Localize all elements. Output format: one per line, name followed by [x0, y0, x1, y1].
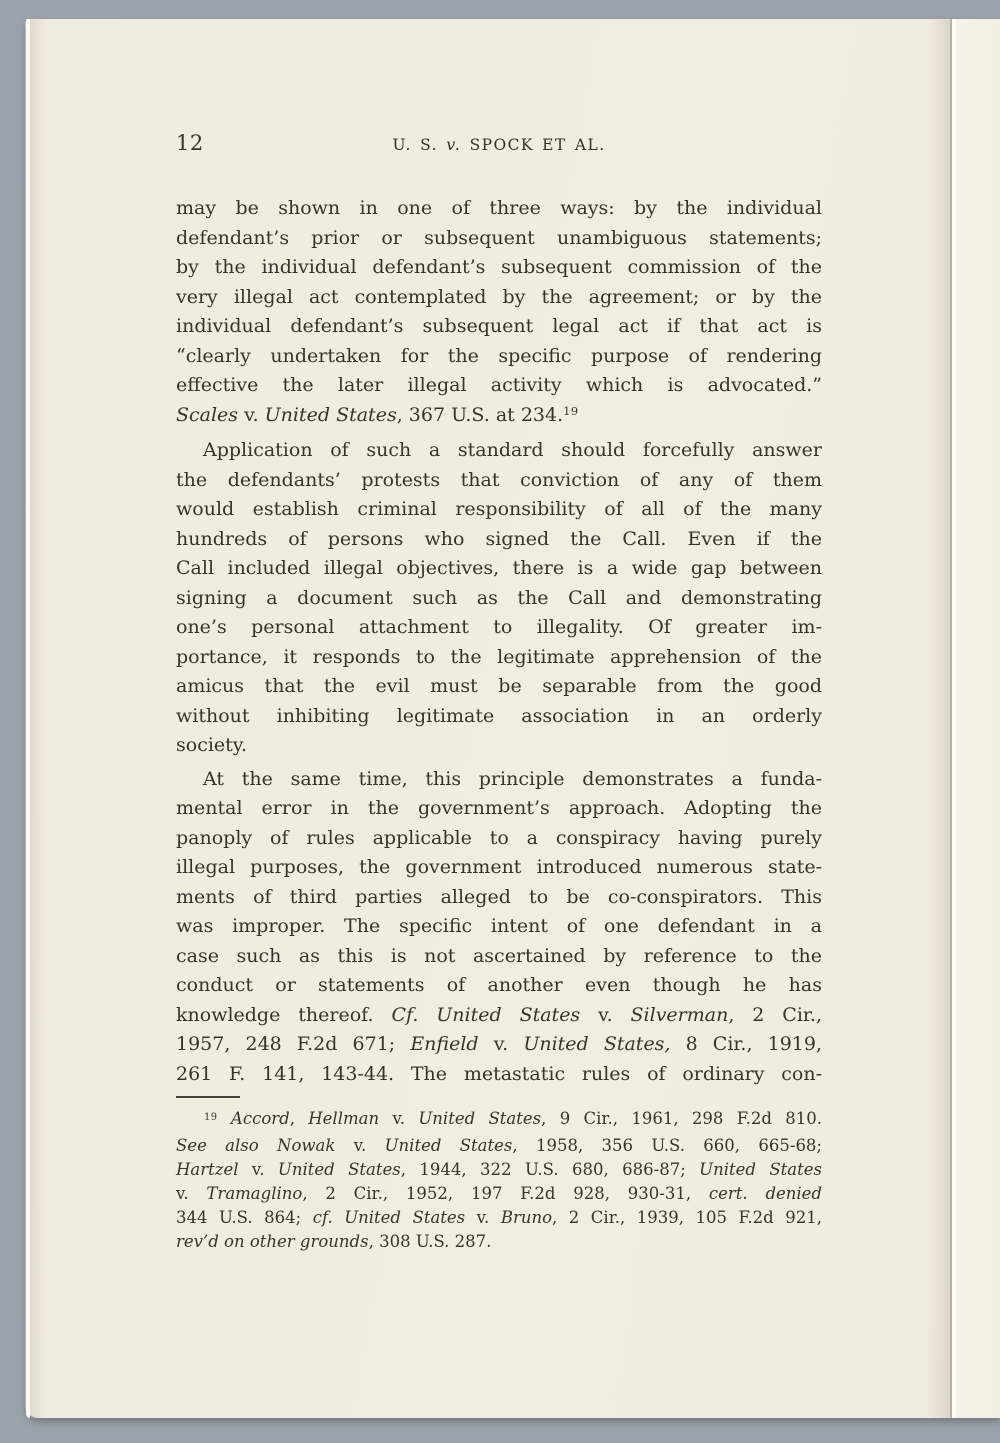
text-run: v. [335, 1136, 384, 1155]
text-run: may be shown in one of three ways: by th… [176, 197, 822, 219]
italic-text-run: Tramaglino [206, 1184, 302, 1203]
text-run: amicus that the evil must be separable f… [176, 675, 822, 697]
scan-background: { "page": { "number": "12", "header": { … [0, 0, 1000, 1443]
text-line: conduct or statements of another even th… [176, 971, 822, 1001]
italic-text-run: Hartzel [176, 1160, 238, 1179]
italic-text-run: Bruno [501, 1208, 552, 1227]
footnote-line: See also Nowak v. United States, 1958, 3… [176, 1134, 822, 1158]
italic-text-run: rev’d on other grounds [176, 1232, 369, 1251]
italic-text-run: Cf. United States [391, 1004, 580, 1026]
running-header-right: SPOCK ET AL. [470, 136, 606, 154]
text-run: individual defendant’s subsequent legal … [176, 315, 822, 337]
page-header-row: 12 U. S. v. SPOCK ET AL. [176, 131, 822, 161]
text-run: effective the later illegal activity whi… [176, 374, 822, 396]
paragraph: may be shown in one of three ways: by th… [176, 194, 822, 432]
text-run: 1957, 248 F.2d 671; [176, 1033, 410, 1055]
text-line: mental error in the government’s approac… [176, 794, 822, 824]
text-line: one’s personal attachment to illegality.… [176, 613, 822, 643]
italic-text-run: United States, [523, 1033, 670, 1055]
italic-text-run: See also Nowak [176, 1136, 335, 1155]
footnote-line: rev’d on other grounds, 308 U.S. 287. [176, 1230, 822, 1254]
italic-text-run: United States [385, 1136, 513, 1155]
italic-text-run: United States [699, 1160, 822, 1179]
italic-text-run: United States [265, 404, 397, 426]
text-line: was improper. The specific intent of one… [176, 912, 822, 942]
text-line: would establish criminal responsibility … [176, 495, 822, 525]
text-run: v. [379, 1109, 418, 1128]
text-run: 8 Cir., 1919, [670, 1033, 822, 1055]
text-run: conduct or statements of another even th… [176, 974, 822, 996]
body-text: may be shown in one of three ways: by th… [176, 194, 822, 1089]
text-run: , 9 Cir., 1961, 298 F.2d 810. [541, 1109, 822, 1128]
italic-text-run: Hellman [308, 1109, 379, 1128]
text-run: , 2 Cir., [728, 1004, 822, 1026]
text-line: illegal purposes, the government introdu… [176, 853, 822, 883]
text-line: very illegal act contemplated by the agr… [176, 283, 822, 313]
text-run: ments of third parties alleged to be co-… [176, 886, 822, 908]
text-run: , 1944, 322 U.S. 680, 686-87; [401, 1160, 699, 1179]
text-line: individual defendant’s subsequent legal … [176, 312, 822, 342]
text-line: portance, it responds to the legitimate … [176, 643, 822, 673]
text-line: Call included illegal objectives, there … [176, 554, 822, 584]
running-header-versus: v. [446, 135, 461, 154]
text-run: Call included illegal objectives, there … [176, 557, 822, 579]
text-run: mental error in the government’s approac… [176, 797, 822, 819]
italic-text-run: cf. United States [313, 1208, 465, 1227]
italic-text-run: Enfield [410, 1033, 478, 1055]
text-run: , 2 Cir., 1939, 105 F.2d 921, [552, 1208, 822, 1227]
document-page: 12 U. S. v. SPOCK ET AL. may be shown in… [26, 19, 1000, 1418]
text-run: v. [176, 1184, 206, 1203]
text-run: “clearly undertaken for the specific pur… [176, 345, 822, 367]
footnote: 19 Accord, Hellman v. United States, 9 C… [176, 1107, 822, 1254]
text-line: defendant’s prior or subsequent unambigu… [176, 224, 822, 254]
text-line: 1957, 248 F.2d 671; Enfield v. United St… [176, 1030, 822, 1060]
text-run: the defendants’ protests that conviction… [176, 469, 822, 491]
next-page-edge [956, 19, 1000, 1418]
text-run [218, 1109, 231, 1128]
text-run: At the same time, this principle demonst… [203, 768, 822, 790]
footnote-line: v. Tramaglino, 2 Cir., 1952, 197 F.2d 92… [176, 1182, 822, 1206]
text-run: v. [465, 1208, 501, 1227]
text-line: At the same time, this principle demonst… [176, 765, 822, 795]
text-run: , 1958, 356 U.S. 660, 665-68; [512, 1136, 822, 1155]
text-run: illegal purposes, the government introdu… [176, 856, 822, 878]
running-header-left: U. S. [392, 136, 438, 154]
italic-text-run: Scales [176, 404, 238, 426]
text-run: signing a document such as the Call and … [176, 587, 822, 609]
text-run: would establish criminal responsibility … [176, 498, 822, 520]
italic-text-run: United States [278, 1160, 401, 1179]
italic-text-run: cert. denied [709, 1184, 822, 1203]
text-run: was improper. The specific intent of one… [176, 915, 822, 937]
text-line: the defendants’ protests that conviction… [176, 466, 822, 496]
text-run: panoply of rules applicable to a conspir… [176, 827, 822, 849]
text-line: hundreds of persons who signed the Call.… [176, 525, 822, 555]
text-line: effective the later illegal activity whi… [176, 371, 822, 401]
page-gutter-shade [926, 19, 950, 1418]
footnote-line: 19 Accord, Hellman v. United States, 9 C… [176, 1107, 822, 1134]
text-run: without inhibiting legitimate associatio… [176, 705, 822, 727]
text-line: Scales v. United States, 367 U.S. at 234… [176, 401, 822, 433]
footnote-line: Hartzel v. United States, 1944, 322 U.S.… [176, 1158, 822, 1182]
text-line: by the individual defendant’s subsequent… [176, 253, 822, 283]
text-run: Application of such a standard should fo… [203, 439, 822, 461]
text-run: , [290, 1109, 309, 1128]
text-line: 261 F. 141, 143-44. The metastatic rules… [176, 1060, 822, 1090]
text-line: society. [176, 731, 822, 761]
text-run: society. [176, 734, 247, 756]
superscript-run: 19 [563, 404, 579, 418]
text-run: v. [238, 1160, 277, 1179]
superscript-run: 19 [204, 1112, 218, 1123]
text-run: defendant’s prior or subsequent unambigu… [176, 227, 822, 249]
text-run: , 2 Cir., 1952, 197 F.2d 928, 930-31, [302, 1184, 709, 1203]
text-run: portance, it responds to the legitimate … [176, 646, 822, 668]
page-left-shade [30, 19, 46, 1418]
text-line: case such as this is not ascertained by … [176, 942, 822, 972]
page-content: 12 U. S. v. SPOCK ET AL. may be shown in… [176, 131, 822, 1254]
text-run: one’s personal attachment to illegality.… [176, 616, 822, 638]
text-run: v. [238, 404, 265, 426]
text-run: knowledge thereof. [176, 1004, 391, 1026]
italic-text-run: United States [418, 1109, 541, 1128]
text-line: may be shown in one of three ways: by th… [176, 194, 822, 224]
text-line: Application of such a standard should fo… [176, 436, 822, 466]
footnote-line: 344 U.S. 864; cf. United States v. Bruno… [176, 1206, 822, 1230]
text-line: ments of third parties alleged to be co-… [176, 883, 822, 913]
text-run: 261 F. 141, 143-44. The metastatic rules… [176, 1063, 822, 1085]
paragraph: Application of such a standard should fo… [176, 436, 822, 761]
text-line: knowledge thereof. Cf. United States v. … [176, 1001, 822, 1031]
text-line: “clearly undertaken for the specific pur… [176, 342, 822, 372]
text-line: without inhibiting legitimate associatio… [176, 702, 822, 732]
text-run: v. [580, 1004, 630, 1026]
text-run: , 308 U.S. 287. [369, 1232, 492, 1251]
text-run: case such as this is not ascertained by … [176, 945, 822, 967]
text-run: very illegal act contemplated by the agr… [176, 286, 822, 308]
footnote-separator [176, 1096, 240, 1098]
text-run: hundreds of persons who signed the Call.… [176, 528, 822, 550]
text-run: v. [479, 1033, 524, 1055]
text-run: 344 U.S. 864; [176, 1208, 313, 1227]
text-line: panoply of rules applicable to a conspir… [176, 824, 822, 854]
text-run: by the individual defendant’s subsequent… [176, 256, 822, 278]
paragraph: At the same time, this principle demonst… [176, 765, 822, 1090]
text-line: amicus that the evil must be separable f… [176, 672, 822, 702]
text-line: signing a document such as the Call and … [176, 584, 822, 614]
italic-text-run: Silverman [631, 1004, 729, 1026]
running-header: U. S. v. SPOCK ET AL. [176, 135, 822, 154]
italic-text-run: Accord [231, 1109, 290, 1128]
text-run: , 367 U.S. at 234. [397, 404, 563, 426]
